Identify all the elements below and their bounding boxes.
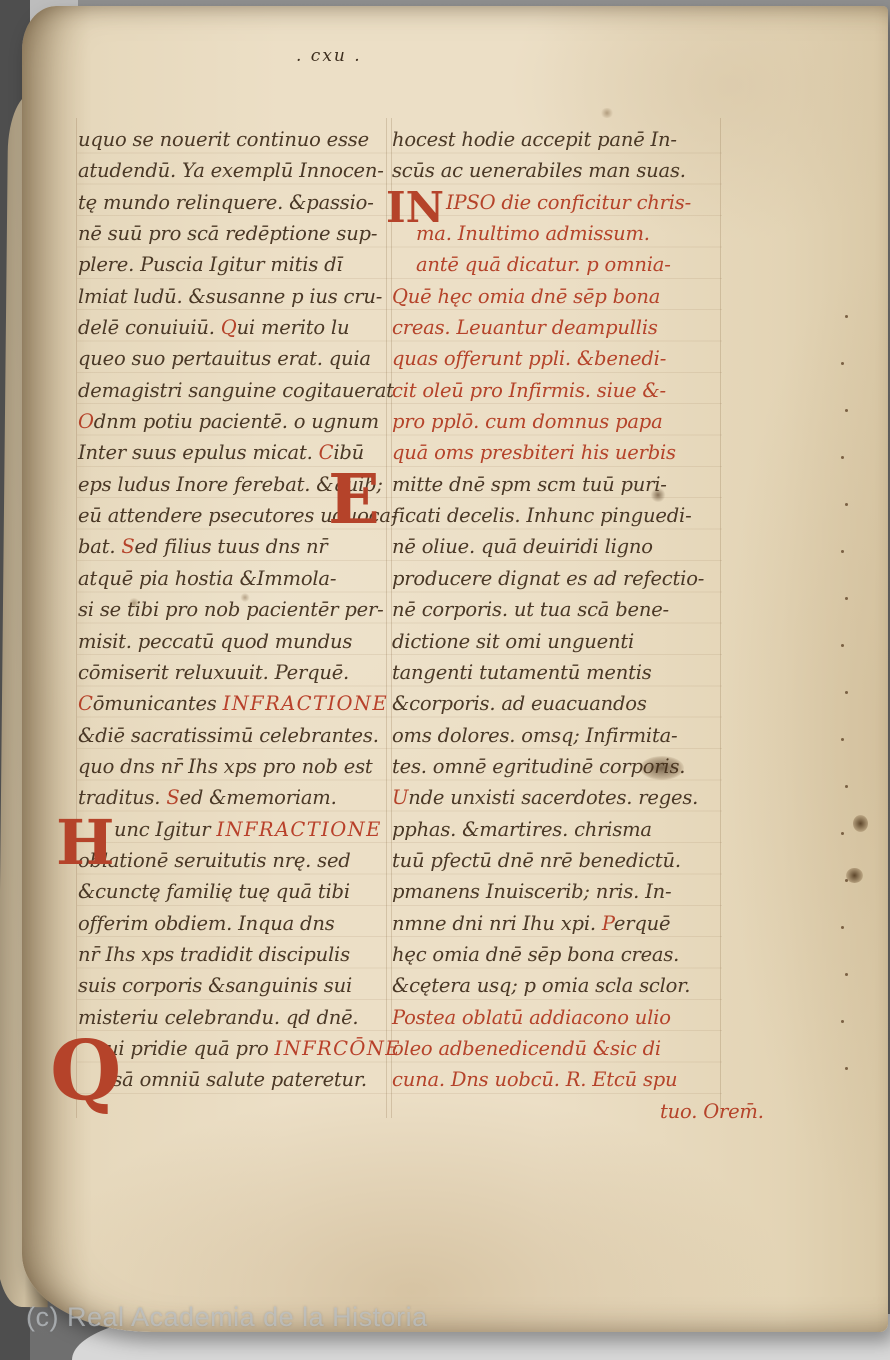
text-line: cuna. Dns uobcū. R. Etcū spu xyxy=(392,1068,727,1099)
text-line: pro pplō. cum domnus papa xyxy=(392,410,727,441)
prick-mark xyxy=(845,409,848,412)
text-line: quā oms presbiteri his uerbis xyxy=(392,441,727,472)
text-line: ui pridie quā pro INFRCŌNE xyxy=(78,1037,398,1068)
ruling-line-vertical xyxy=(76,118,77,1118)
text-line: oleo adbenedicendū &sic di xyxy=(392,1037,727,1068)
text-line: creas. Leuantur deampullis xyxy=(392,316,727,347)
prick-mark xyxy=(841,832,844,835)
manuscript-photo: . cxu . uquo se nouerit continuo esseatu… xyxy=(0,0,890,1360)
text-line: nē oliue. quā deuiridi ligno xyxy=(392,535,727,566)
prick-mark xyxy=(845,1067,848,1070)
prick-mark xyxy=(841,926,844,929)
text-line: lmiat ludū. &susanne p ius cru- xyxy=(78,285,398,316)
text-line: pmanens Inuiscerib; nris. In- xyxy=(392,880,727,911)
prick-mark xyxy=(841,644,844,647)
text-line: nmne dni nri Ihu xpi. Perquē xyxy=(392,912,727,943)
text-line: tuo. Orem̄. xyxy=(392,1100,727,1131)
text-line: antē quā dicatur. p omnia- xyxy=(392,253,727,284)
prick-mark xyxy=(845,785,848,788)
text-line: &diē sacratissimū celebrantes. xyxy=(78,724,398,755)
text-line: atquē pia hostia &Immola- xyxy=(78,567,398,598)
text-line: &cunctę familię tuę quā tibi xyxy=(78,880,398,911)
parchment-hole xyxy=(846,868,863,883)
text-line: tangenti tutamentū mentis xyxy=(392,661,727,692)
text-line: oms dolores. omsq; Infirmita- xyxy=(392,724,727,755)
text-line: traditus. Sed &memoriam. xyxy=(78,786,398,817)
text-line: uquo se nouerit continuo esse xyxy=(78,128,398,159)
text-line: Postea oblatū addiacono ulio xyxy=(392,1006,727,1037)
text-line: suis corporis &sanguinis sui xyxy=(78,974,398,1005)
text-line: atudendū. Ya exemplū Innocen- xyxy=(78,159,398,190)
text-line: misteriu celebrandu. qd dnē. xyxy=(78,1006,398,1037)
column-left: uquo se nouerit continuo esseatudendū. Y… xyxy=(78,128,398,1100)
text-line: demagistri sanguine cogitauerat xyxy=(78,379,398,410)
text-line: mitte dnē spm scm tuū puri- xyxy=(392,473,727,504)
text-line: nē suū pro scā redēptione sup- xyxy=(78,222,398,253)
text-line: cōmiserit reluxuuit. Perquē. xyxy=(78,661,398,692)
ink-stain xyxy=(640,756,684,780)
text-line: hocest hodie accepit panē In- xyxy=(392,128,727,159)
text-line: quo dns nr̄ Ihs xps pro nob est xyxy=(78,755,398,786)
prick-mark xyxy=(841,738,844,741)
text-line: cit oleū pro Infirmis. siue &- xyxy=(392,379,727,410)
text-line: hęc omia dnē sēp bona creas. xyxy=(392,943,727,974)
text-line: producere dignat es ad refectio- xyxy=(392,567,727,598)
text-line: tuū pfectū dnē nrē benedictū. xyxy=(392,849,727,880)
prick-mark xyxy=(845,315,848,318)
drop-cap-initial: H xyxy=(56,814,115,873)
text-line: &corporis. ad euacuandos xyxy=(392,692,727,723)
parchment-hole xyxy=(853,815,868,832)
text-line: oblationē seruitutis nrę. sed xyxy=(78,849,398,880)
prick-mark xyxy=(841,362,844,365)
text-line: dictione sit omi unguenti xyxy=(392,630,727,661)
text-line: nē corporis. ut tua scā bene- xyxy=(392,598,727,629)
prick-mark xyxy=(841,550,844,553)
text-line: Quē hęc omia dnē sēp bona xyxy=(392,285,727,316)
ink-stain xyxy=(128,598,140,608)
prick-mark xyxy=(845,691,848,694)
text-line: quas offerunt ppli. &benedi- xyxy=(392,347,727,378)
text-line: delē conuiuiū. Qui merito lu xyxy=(78,316,398,347)
prick-mark xyxy=(845,503,848,506)
text-line: nsā omniū salute pateretur. xyxy=(78,1068,398,1099)
drop-cap-initial: IN xyxy=(386,188,444,228)
column-right: hocest hodie accepit panē In-scūs ac uen… xyxy=(392,128,727,1131)
text-line: unc Igitur INFRACTIONE xyxy=(78,818,398,849)
ink-stain xyxy=(240,593,250,602)
folio-number: . cxu . xyxy=(296,46,362,66)
prick-mark xyxy=(845,597,848,600)
text-line: Unde unxisti sacerdotes. reges. xyxy=(392,786,727,817)
text-line: plere. Puscia Igitur mitis dī xyxy=(78,253,398,284)
text-line: Cōmunicantes INFRACTIONE xyxy=(78,692,398,723)
prick-mark xyxy=(841,1020,844,1023)
text-line: tę mundo relinquere. &passio- xyxy=(78,191,398,222)
text-line: bat. Sed filius tuus dns nr̄ xyxy=(78,535,398,566)
text-line: nr̄ Ihs xps tradidit discipulis xyxy=(78,943,398,974)
text-line: queo suo pertauitus erat. quia xyxy=(78,347,398,378)
text-line: &cętera usq; p omia scla sclor. xyxy=(392,974,727,1005)
watermark: (c) Real Academia de la Historia xyxy=(26,1302,428,1333)
text-line: misit. peccatū quod mundus xyxy=(78,630,398,661)
prick-mark xyxy=(841,456,844,459)
drop-cap-initial: Q xyxy=(50,1033,121,1111)
ink-stain xyxy=(650,488,666,502)
prick-mark xyxy=(845,973,848,976)
text-line: pphas. &martires. chrisma xyxy=(392,818,727,849)
text-line: ficati decelis. Inhunc pinguedi- xyxy=(392,504,727,535)
text-line: si se tibi pro nob pacientēr per- xyxy=(78,598,398,629)
text-line: offerim obdiem. Inqua dns xyxy=(78,912,398,943)
text-line: Odnm potiu pacientē. o ugnum xyxy=(78,410,398,441)
ink-stain xyxy=(600,108,614,118)
drop-cap-initial: E xyxy=(328,468,380,533)
